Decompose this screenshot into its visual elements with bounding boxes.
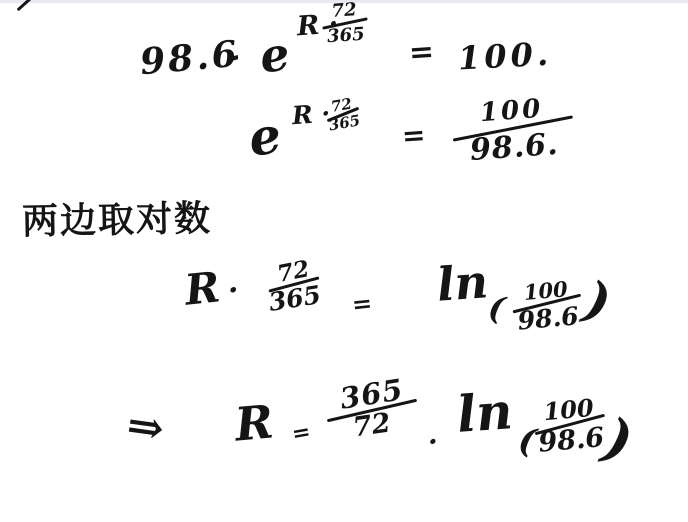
line4-equals-sign: = bbox=[351, 291, 374, 317]
line4-close-paren: ) bbox=[580, 274, 615, 328]
line1-exponent-fraction: 72 365 bbox=[321, 0, 370, 46]
denominator: 365 bbox=[267, 282, 322, 315]
handwritten-notes-canvas: 98.6 - e R · 72 365 = 100. e R · 72 365 … bbox=[0, 0, 688, 522]
line5-implies-arrow: ⇒ bbox=[124, 404, 167, 453]
numerator: 72 bbox=[331, 1, 357, 21]
line5-argument-fraction: 100 98.6 bbox=[532, 395, 609, 457]
line5-equals-sign: = bbox=[290, 421, 312, 446]
line5-variable-R: R bbox=[233, 398, 275, 447]
line4-open-paren: ( bbox=[486, 291, 507, 325]
line1-rhs-value: 100. bbox=[457, 38, 552, 75]
line4-times-sign: · bbox=[228, 276, 238, 306]
denominator: 72 bbox=[352, 410, 393, 442]
line5-ln-function: ln bbox=[455, 386, 514, 440]
line4-argument-fraction: 100 98.6 bbox=[510, 277, 584, 334]
line2-euler-e: e bbox=[246, 110, 284, 164]
line2-rhs-fraction: 100 98.6. bbox=[450, 94, 576, 167]
line2-exponent-fraction: 72 365 bbox=[323, 95, 362, 133]
line4-variable-R: R bbox=[183, 266, 222, 311]
line1-equals-sign: = bbox=[408, 37, 435, 69]
line2-equals-sign: = bbox=[401, 121, 426, 151]
line5-coefficient-fraction: 365 72 bbox=[326, 380, 418, 439]
line4-ln-function: ln bbox=[435, 258, 489, 307]
denominator: 365 bbox=[326, 26, 365, 47]
chinese-annotation: 两边取对数 bbox=[22, 200, 213, 239]
line4-lhs-fraction: 72 365 bbox=[267, 259, 322, 313]
line5-times-sign: · bbox=[428, 428, 438, 456]
line1-euler-e: e bbox=[257, 30, 292, 79]
